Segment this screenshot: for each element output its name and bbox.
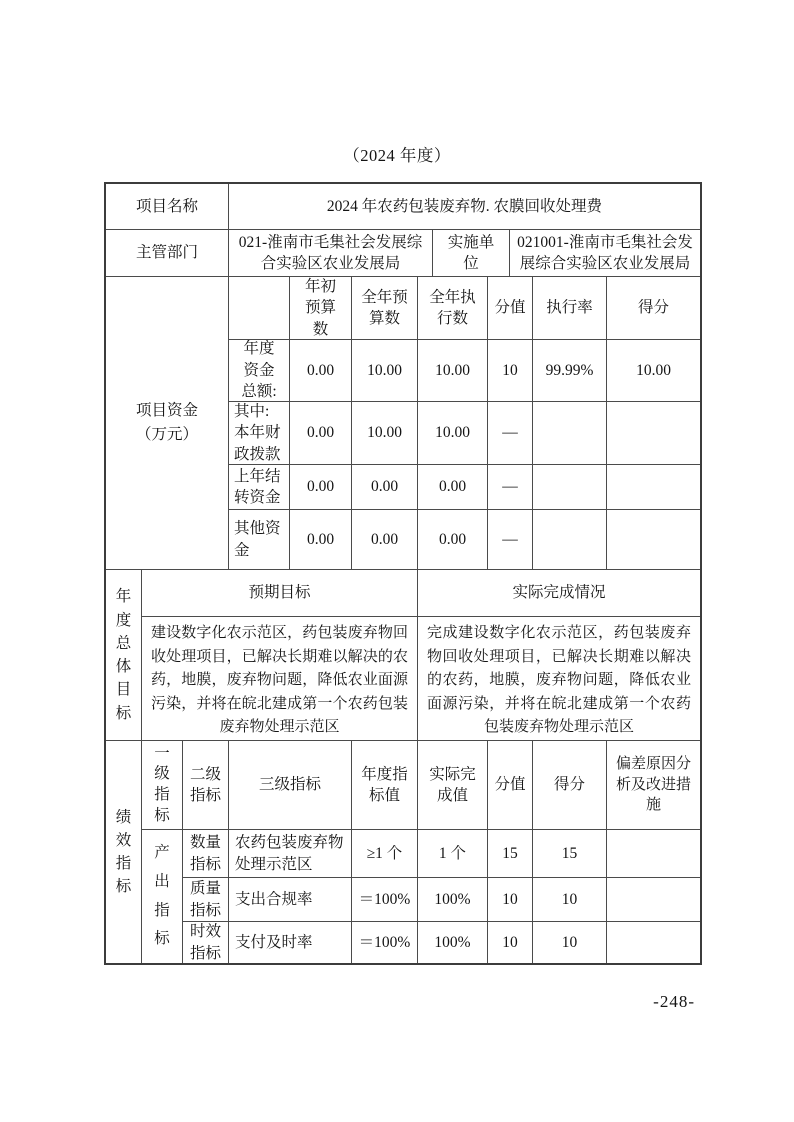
annual-goal-section-label: 年度总体目标 [106, 570, 142, 741]
perf-level3-cell: 支出合规率 [229, 878, 352, 922]
page-number: -248- [653, 992, 695, 1012]
perf-header-score: 得分 [533, 741, 607, 830]
funding-header-blank [229, 277, 290, 340]
funding-exec-value: 0.00 [418, 465, 488, 510]
funding-score-value [607, 465, 700, 510]
funding-row-label: 年度资金总额: [229, 340, 290, 402]
performance-vertical-text: 绩效指标 [115, 806, 133, 899]
perf-header-level3: 三级指标 [229, 741, 352, 830]
perf-weight-cell: 15 [488, 830, 533, 878]
funding-header-weight: 分值 [488, 277, 533, 340]
actual-completion-text: 完成建设数字化农示范区，药包装废弃物回收处理项目，已解决长期难以解决的农药，地膜… [418, 617, 700, 741]
perf-weight-cell: 10 [488, 922, 533, 963]
perf-deviation-cell [607, 830, 700, 878]
funding-initial-value: 0.00 [290, 340, 352, 402]
perf-score-cell: 10 [533, 878, 607, 922]
funding-exec-rate-value [533, 402, 607, 465]
funding-score-value [607, 402, 700, 465]
perf-level3-cell: 支付及时率 [229, 922, 352, 963]
perf-header-deviation: 偏差原因分析及改进措施 [607, 741, 700, 830]
funding-budget-value: 10.00 [352, 402, 418, 465]
department-label: 主管部门 [106, 230, 229, 277]
project-name-value: 2024 年农药包装废弃物. 农膜回收处理费 [229, 184, 700, 230]
funding-exec-rate-value [533, 465, 607, 510]
performance-evaluation-table: 项目名称 2024 年农药包装废弃物. 农膜回收处理费 主管部门 021-淮南市… [104, 182, 702, 965]
funding-initial-value: 0.00 [290, 465, 352, 510]
implement-unit-label: 实施单位 [433, 230, 510, 277]
perf-level3-cell: 农药包装废弃物处理示范区 [229, 830, 352, 878]
funding-label-line2: （万元） [136, 423, 198, 447]
funding-initial-value: 0.00 [290, 402, 352, 465]
expected-goal-text: 建设数字化农示范区，药包装废弃物回收处理项目，已解决长期难以解决的农药，地膜，废… [142, 617, 418, 741]
document-page: （2024 年度） 项目名称 2024 年农药包装废弃物. 农膜回收处理费 主管… [0, 0, 794, 1122]
funding-header-full-year-exec: 全年执行数 [418, 277, 488, 340]
perf-header-annual-target: 年度指标值 [352, 741, 418, 830]
perf-header-level2: 二级指标 [183, 741, 229, 830]
funding-header-score: 得分 [607, 277, 700, 340]
perf-deviation-cell [607, 922, 700, 963]
funding-section-label: 项目资金 （万元） [106, 277, 229, 570]
funding-budget-value: 0.00 [352, 465, 418, 510]
perf-header-level1: 一级指标 [142, 741, 183, 830]
funding-budget-value: 10.00 [352, 340, 418, 402]
funding-row-label: 其中:本年财政拨款 [229, 402, 290, 465]
perf-score-cell: 15 [533, 830, 607, 878]
project-name-label: 项目名称 [106, 184, 229, 230]
funding-budget-value: 0.00 [352, 510, 418, 570]
perf-weight-cell: 10 [488, 878, 533, 922]
funding-score-value [607, 510, 700, 570]
perf-target-cell: ＝100% [352, 878, 418, 922]
funding-label-line1: 项目资金 [136, 399, 198, 423]
funding-initial-value: 0.00 [290, 510, 352, 570]
funding-exec-value: 10.00 [418, 402, 488, 465]
perf-actual-cell: 100% [418, 922, 488, 963]
funding-weight-value: 10 [488, 340, 533, 402]
funding-header-full-year-budget: 全年预算数 [352, 277, 418, 340]
funding-row-label: 上年结转资金 [229, 465, 290, 510]
funding-exec-value: 0.00 [418, 510, 488, 570]
performance-section-label: 绩效指标 [106, 741, 142, 963]
perf-actual-cell: 100% [418, 878, 488, 922]
funding-weight-value: — [488, 465, 533, 510]
level1-header-vertical-text: 一级指标 [153, 744, 171, 826]
funding-exec-rate-value: 99.99% [533, 340, 607, 402]
expected-goal-header: 预期目标 [142, 570, 418, 617]
perf-actual-cell: 1 个 [418, 830, 488, 878]
output-indicator-vertical-text: 产出指标 [153, 839, 171, 954]
perf-target-cell: ＝100% [352, 922, 418, 963]
implement-unit-value: 021001-淮南市毛集社会发展综合实验区农业发展局 [510, 230, 700, 277]
funding-weight-value: — [488, 510, 533, 570]
perf-level1-group: 产出指标 [142, 830, 183, 963]
funding-exec-rate-value [533, 510, 607, 570]
perf-level2-cell: 数量指标 [183, 830, 229, 878]
annual-goal-vertical-text: 年度总体目标 [115, 585, 133, 725]
perf-level2-cell: 时效指标 [183, 922, 229, 963]
funding-header-exec-rate: 执行率 [533, 277, 607, 340]
funding-row-label: 其他资金 [229, 510, 290, 570]
department-value: 021-淮南市毛集社会发展综合实验区农业发展局 [229, 230, 433, 277]
perf-score-cell: 10 [533, 922, 607, 963]
funding-weight-value: — [488, 402, 533, 465]
perf-target-cell: ≥1 个 [352, 830, 418, 878]
funding-exec-value: 10.00 [418, 340, 488, 402]
perf-header-actual-value: 实际完成值 [418, 741, 488, 830]
document-title: （2024 年度） [0, 142, 794, 166]
actual-completion-header: 实际完成情况 [418, 570, 700, 617]
perf-level2-cell: 质量指标 [183, 878, 229, 922]
perf-header-weight: 分值 [488, 741, 533, 830]
funding-score-value: 10.00 [607, 340, 700, 402]
funding-header-initial-budget: 年初预算数 [290, 277, 352, 340]
perf-deviation-cell [607, 878, 700, 922]
